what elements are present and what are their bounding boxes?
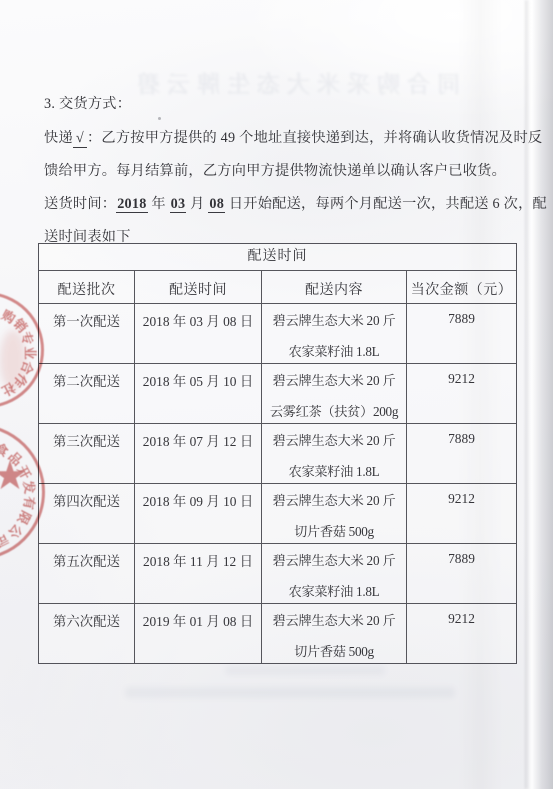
schedule-text: 日开始配送，每两个月配送一次，共配送 6 次，配 (225, 196, 547, 212)
bleedthrough-smudge (225, 666, 385, 675)
cell-date: 2018 年 09 月 10 日 (134, 484, 261, 543)
seal-arc-char: 品 (4, 447, 27, 470)
cell-content: 碧云牌生态大米 20 斤 农家菜籽油 1.8L (261, 424, 406, 483)
table-row: 第一次配送 2018 年 03 月 08 日 碧云牌生态大米 20 斤 农家菜籽… (39, 303, 516, 363)
cell-content: 碧云牌生态大米 20 斤 切片香菇 500g (261, 484, 406, 543)
cell-date: 2018 年 05 月 10 日 (134, 364, 261, 423)
start-month-value: 03 (170, 196, 187, 213)
table-row: 第六次配送 2019 年 01 月 08 日 碧云牌生态大米 20 斤 切片香菇… (39, 603, 516, 663)
cell-amount: 9212 (406, 364, 516, 423)
table-header-row: 配送批次 配送时间 配送内容 当次金额（元） (39, 270, 516, 303)
column-header-date: 配送时间 (134, 271, 261, 303)
seal-arc-char: 司 (0, 529, 12, 552)
express-text: ：乙方按甲方提供的 49 个地址直接快递到达，并将确认收货情况及时反 (87, 130, 542, 146)
express-line-1: 快递√：乙方按甲方提供的 49 个地址直接快递到达，并将确认收货情况及时反 (44, 127, 542, 148)
cell-content: 碧云牌生态大米 20 斤 农家菜籽油 1.8L (261, 304, 406, 363)
table-row: 第二次配送 2018 年 05 月 10 日 碧云牌生态大米 20 斤 云雾红茶… (39, 363, 516, 423)
content-line-2: 切片香菇 500g (262, 522, 406, 542)
column-header-amount: 当次金额（元） (406, 271, 516, 303)
content-line-1: 碧云牌生态大米 20 斤 (262, 611, 406, 631)
seal-arc-char: 限 (14, 508, 37, 528)
content-line-1: 碧云牌生态大米 20 斤 (262, 311, 406, 331)
cell-amount: 7889 (406, 424, 516, 483)
start-day-value: 08 (208, 196, 225, 213)
cell-date: 2018 年 03 月 08 日 (134, 304, 261, 363)
express-label: 快递 (44, 130, 73, 146)
scan-speck (158, 117, 161, 120)
seal-arc-char: 开 (14, 461, 37, 481)
schedule-line-1: 送货时间：2018 年 03 月 08 日开始配送，每两个月配送一次，共配送 6… (44, 193, 547, 213)
content-line-2: 农家菜籽油 1.8L (262, 342, 406, 362)
content-line-2: 农家菜籽油 1.8L (262, 462, 406, 482)
cell-amount: 7889 (406, 544, 516, 603)
cell-amount: 9212 (406, 484, 516, 543)
cell-date: 2018 年 11 月 12 日 (134, 544, 261, 603)
year-unit: 年 (148, 196, 170, 212)
content-line-1: 碧云牌生态大米 20 斤 (262, 371, 406, 391)
cell-batch: 第一次配送 (39, 304, 134, 363)
schedule-prefix: 送货时间： (44, 196, 116, 212)
content-line-1: 碧云牌生态大米 20 斤 (262, 431, 406, 451)
cell-batch: 第三次配送 (39, 424, 134, 483)
cell-content: 碧云牌生态大米 20 斤 切片香菇 500g (261, 604, 406, 663)
seal-arc-char: 销 (9, 314, 32, 336)
cell-content: 碧云牌生态大米 20 斤 云雾红茶（扶贫）200g (261, 364, 406, 423)
cell-content: 碧云牌生态大米 20 斤 农家菜籽油 1.8L (261, 544, 406, 603)
cell-batch: 第五次配送 (39, 544, 134, 603)
column-header-batch: 配送批次 (39, 271, 134, 303)
cell-date: 2019 年 01 月 08 日 (134, 604, 261, 663)
seal-arc-char: 专 (17, 329, 39, 348)
star-icon: ★ (0, 452, 28, 499)
delivery-schedule-table: 配送时间 配送批次 配送时间 配送内容 当次金额（元） 第一次配送 2018 年… (38, 243, 517, 664)
table-row: 第四次配送 2018 年 09 月 10 日 碧云牌生态大米 20 斤 切片香菇… (39, 483, 516, 543)
cell-batch: 第四次配送 (39, 484, 134, 543)
seal-arc-char: 合 (17, 358, 39, 377)
red-seal-smudge (0, 330, 26, 390)
content-line-1: 碧云牌生态大米 20 斤 (262, 551, 406, 571)
bleedthrough-text: 同合购采米大态生牌云碧 (100, 66, 460, 99)
cell-batch: 第二次配送 (39, 364, 134, 423)
seal-arc-char: 食 (0, 438, 12, 461)
month-unit: 月 (186, 196, 208, 212)
bleedthrough-smudge (125, 687, 455, 698)
start-year-value: 2018 (116, 196, 147, 213)
table-row: 第五次配送 2018 年 11 月 12 日 碧云牌生态大米 20 斤 农家菜籽… (39, 543, 516, 603)
seal-arc-char: 公 (4, 520, 27, 543)
table-title: 配送时间 (39, 244, 516, 270)
express-line-2: 馈给甲方。每月结算前，乙方向甲方提供物流快递单以确认客户已收货。 (44, 160, 506, 180)
seal-arc-char: 社 (0, 379, 19, 402)
seal-arc-char: 购 (0, 304, 19, 327)
column-header-content: 配送内容 (261, 271, 406, 303)
scanned-contract-page: 同合购采米大态生牌云碧 3. 交货方式： 快递√：乙方按甲方提供的 49 个地址… (0, 0, 553, 789)
cell-amount: 9212 (406, 604, 516, 663)
checkmark-icon: √ (73, 130, 87, 148)
cell-date: 2018 年 07 月 12 日 (134, 424, 261, 483)
content-line-2: 农家菜籽油 1.8L (262, 582, 406, 602)
seal-arc-char: 作 (9, 370, 32, 392)
page-edge-shadow (525, 0, 553, 789)
table-row: 第三次配送 2018 年 07 月 12 日 碧云牌生态大米 20 斤 农家菜籽… (39, 423, 516, 483)
cell-amount: 7889 (406, 304, 516, 363)
cell-batch: 第六次配送 (39, 604, 134, 663)
content-line-2: 云雾红茶（扶贫）200g (262, 402, 406, 422)
content-line-2: 切片香菇 500g (262, 642, 406, 662)
content-line-1: 碧云牌生态大米 20 斤 (262, 491, 406, 511)
section-heading: 3. 交货方式： (44, 93, 131, 113)
